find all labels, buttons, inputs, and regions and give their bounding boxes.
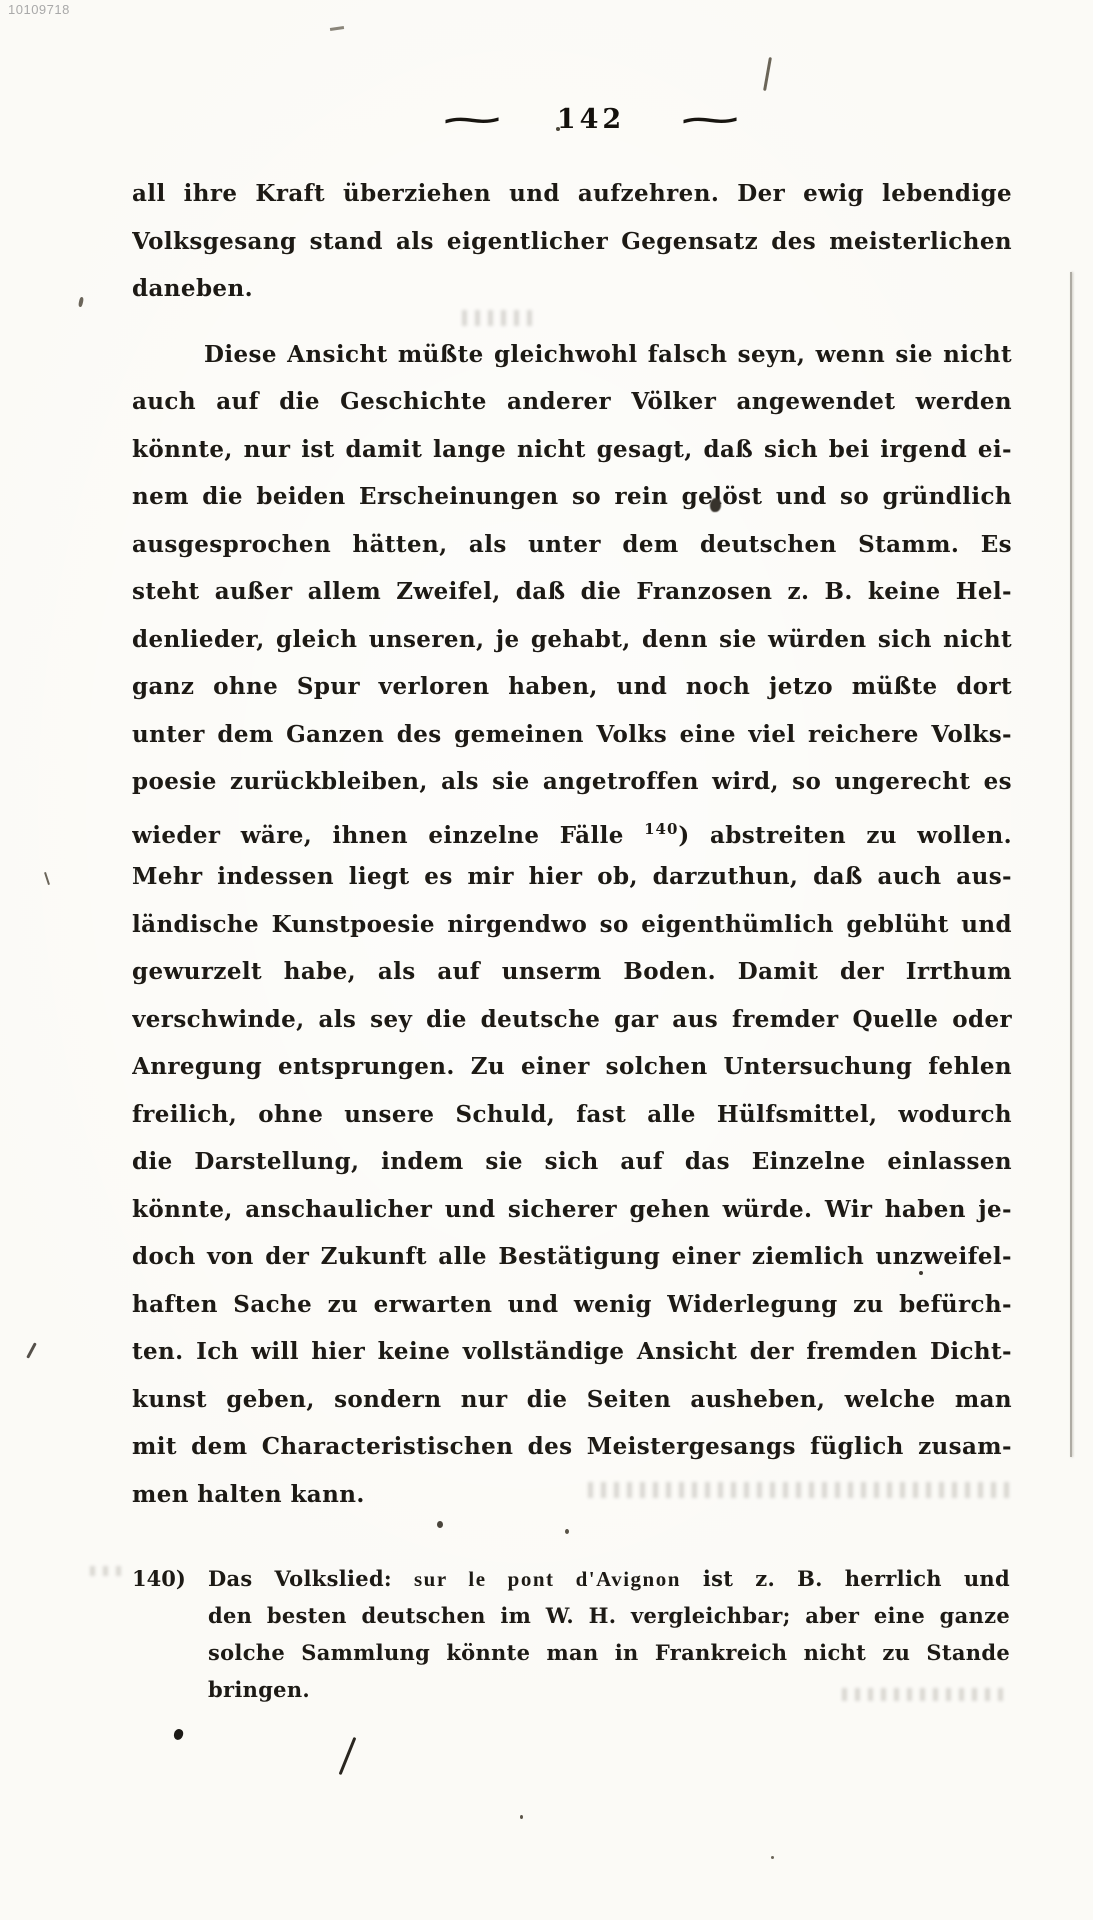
body-text-line: Diese Ansicht müßte gleichwohl falsch se… xyxy=(132,331,1012,379)
page-header: ⁓ 142 ⁓ xyxy=(458,98,724,140)
body-text-line: auch auf die Geschichte anderer Völker a… xyxy=(132,378,1012,426)
body-text-line: all ihre Kraft überziehen und aufzehren.… xyxy=(132,170,1012,218)
ink-speck xyxy=(565,1529,569,1534)
body-text-line: Volksgesang stand als eigentlicher Gegen… xyxy=(132,218,1012,266)
body-text-line: poesie zurückbleiben, als sie angetroffe… xyxy=(132,758,1012,806)
body-text-line: unter dem Ganzen des gemeinen Volks eine… xyxy=(132,711,1012,759)
ref-line-pre: wieder wäre, ihnen einzelne Fälle xyxy=(132,822,644,849)
body-text-line: kunst geben, sondern nur die Seiten aush… xyxy=(132,1376,1012,1424)
page-edge-shadow xyxy=(1070,272,1072,1457)
body-text-line: men halten kann. xyxy=(132,1471,1012,1519)
body-text-line: ausgesprochen hätten, als unter dem deut… xyxy=(132,521,1012,569)
flourish-right: ⁓ xyxy=(681,102,740,137)
body-text-line: könnte, nur ist damit lange nicht gesagt… xyxy=(132,426,1012,474)
body-text-line: verschwinde, als sey die deutsche gar au… xyxy=(132,996,1012,1044)
footnote-line: Das Volkslied: sur le pont d'Avignon ist… xyxy=(208,1560,1010,1597)
margin-mark xyxy=(78,297,84,308)
scanned-book-page: 10109718 ⁓ 142 ⁓ all ihre Kraft überzieh… xyxy=(0,0,1093,1920)
margin-mark xyxy=(44,872,50,885)
ink-stroke xyxy=(339,1737,357,1775)
footnote-line: bringen. xyxy=(208,1671,1010,1708)
body-text-line: steht außer allem Zweifel, daß die Franz… xyxy=(132,568,1012,616)
margin-mark xyxy=(330,26,344,31)
footnote-140: 140) Das Volkslied: sur le pont d'Avigno… xyxy=(208,1560,1010,1708)
body-text: all ihre Kraft überziehen und aufzehren.… xyxy=(132,170,1012,1518)
paragraph-1: all ihre Kraft überziehen und aufzehren.… xyxy=(132,170,1012,313)
page-number: 142 xyxy=(557,104,625,135)
footnote-line1-post: ist z. B. herrlich und xyxy=(681,1566,1010,1591)
body-text-line: die Darstellung, indem sie sich auf das … xyxy=(132,1138,1012,1186)
body-text-line: doch von der Zukunft alle Bestätigung ei… xyxy=(132,1233,1012,1281)
ref-line-post: ) abstreiten zu wollen. xyxy=(678,822,1012,849)
footnote-ref-number: 140 xyxy=(644,820,678,838)
body-text-line: ländische Kunstpoesie nirgendwo so eigen… xyxy=(132,901,1012,949)
french-song-title: sur le pont d'Avignon xyxy=(414,1567,681,1591)
body-text-line: Mehr indessen liegt es mir hier ob, darz… xyxy=(132,853,1012,901)
footnote-line1-pre: Das Volkslied: xyxy=(208,1566,414,1591)
body-text-line: daneben. xyxy=(132,265,1012,313)
body-text-line: nem die beiden Erscheinungen so rein gel… xyxy=(132,473,1012,521)
paragraph-2: Diese Ansicht müßte gleichwohl falsch se… xyxy=(132,331,1012,1519)
ink-dot xyxy=(173,1728,185,1741)
footnote-line: solche Sammlung könnte man in Frankreich… xyxy=(208,1634,1010,1671)
scan-id-watermark: 10109718 xyxy=(8,2,70,17)
body-text-line: denlieder, gleich unseren, je gehabt, de… xyxy=(132,616,1012,664)
body-text-line-with-footnote-ref: wieder wäre, ihnen einzelne Fälle 140) a… xyxy=(132,806,1012,854)
margin-mark xyxy=(26,1342,37,1358)
bleed-through-smudge xyxy=(90,1566,124,1576)
ink-speck xyxy=(771,1856,774,1859)
body-text-line: freilich, ohne unsere Schuld, fast alle … xyxy=(132,1091,1012,1139)
body-text-line: gewurzelt habe, als auf unserm Boden. Da… xyxy=(132,948,1012,996)
body-text-line: mit dem Characteristischen des Meisterge… xyxy=(132,1423,1012,1471)
body-text-line: haften Sache zu erwarten und wenig Wider… xyxy=(132,1281,1012,1329)
body-text-line: könnte, anschaulicher und sicherer gehen… xyxy=(132,1186,1012,1234)
ink-speck xyxy=(520,1815,523,1819)
ink-speck xyxy=(437,1521,443,1528)
footnote-marker: 140) xyxy=(132,1560,186,1597)
body-text-line: ten. Ich will hier keine vollständige An… xyxy=(132,1328,1012,1376)
body-text-line: ganz ohne Spur verloren haben, und noch … xyxy=(132,663,1012,711)
body-text-line: Anregung entsprungen. Zu einer solchen U… xyxy=(132,1043,1012,1091)
flourish-left: ⁓ xyxy=(443,102,502,137)
footnote-line: den besten deutschen im W. H. vergleichb… xyxy=(208,1597,1010,1634)
margin-mark xyxy=(763,57,772,91)
